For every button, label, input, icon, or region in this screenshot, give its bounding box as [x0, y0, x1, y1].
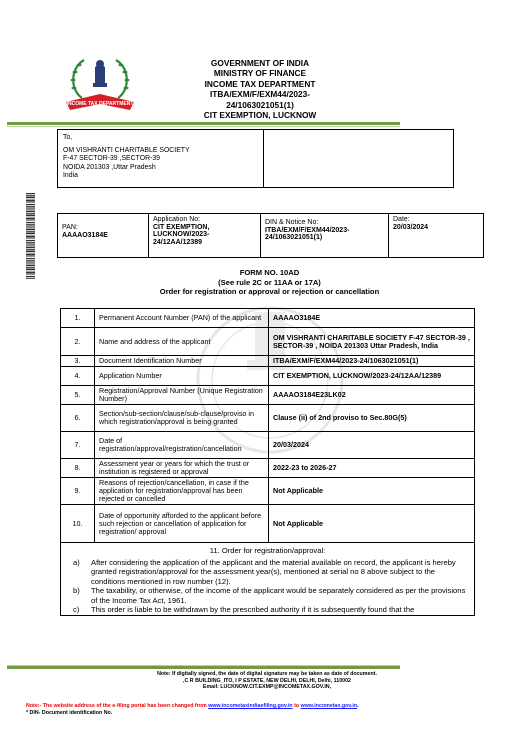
addressee-address: To, OM VISHRANTI CHARITABLE SOCIETY F-47…	[58, 130, 264, 187]
table-row: 8.Assessment year or years for which the…	[61, 459, 475, 478]
date-cell: Date: 20/03/2024	[389, 214, 483, 257]
row-number: 9.	[61, 478, 95, 505]
header-line: 24/1063021051(1)	[150, 100, 370, 110]
registration-details-table: 1.Permanent Account Number (PAN) of the …	[60, 308, 475, 616]
address-line: India	[63, 172, 258, 180]
address-line: F-47 SECTOR-39 ,SECTOR-39	[63, 155, 258, 163]
row-value: Not Applicable	[269, 478, 475, 505]
header-divider	[7, 122, 400, 125]
order-item: b) The taxability, or otherwise, of the …	[65, 586, 470, 605]
row-description: Application Number	[95, 367, 269, 386]
order-items: a) After considering the application of …	[65, 558, 470, 614]
row-value: OM VISHRANTI CHARITABLE SOCIETY F-47 SEC…	[269, 328, 475, 356]
row-description: Assessment year or years for which the t…	[95, 459, 269, 478]
header-line: MINISTRY OF FINANCE	[150, 68, 370, 78]
order-item-text: This order is liable to be withdrawn by …	[91, 605, 414, 614]
table-row: 9.Reasons of rejection/cancellation, in …	[61, 478, 475, 505]
date-value: 20/03/2024	[393, 224, 479, 232]
barcode	[26, 193, 35, 279]
row-number: 7.	[61, 432, 95, 459]
order-section: 11. Order for registration/approval: a) …	[61, 543, 475, 616]
row-value: 20/03/2024	[269, 432, 475, 459]
header-line: INCOME TAX DEPARTMENT	[150, 79, 370, 89]
row-value: AAAAO3184E	[269, 309, 475, 328]
to-label: To,	[63, 134, 258, 142]
application-label: Application No:	[153, 216, 256, 224]
order-item-text: After considering the application of the…	[91, 558, 470, 586]
new-portal-link[interactable]: www.incometax.gov.in	[301, 703, 358, 709]
row-number: 5.	[61, 386, 95, 405]
table-row: 7.Date of registration/approval/registra…	[61, 432, 475, 459]
footer: Note: If digitally signed, the date of d…	[57, 671, 477, 691]
row-description: Registration/Approval Number (Unique Reg…	[95, 386, 269, 405]
row-number: 6.	[61, 405, 95, 432]
din-note: * DIN- Document identification No.	[26, 710, 506, 717]
pan-cell: PAN: AAAAO3184E	[58, 214, 149, 257]
din-cell: DIN & Notice No: ITBA/EXM/F/EXM44/2023-2…	[261, 214, 389, 257]
order-heading: 11. Order for registration/approval:	[65, 544, 470, 558]
application-value: CIT EXEMPTION, LUCKNOW/2023-24/12AA/1238…	[153, 224, 256, 247]
form-title-block: FORM NO. 10AD (See rule 2C or 11AA or 17…	[57, 268, 482, 297]
header-line: GOVERNMENT OF INDIA	[150, 58, 370, 68]
row-value: Not Applicable	[269, 505, 475, 543]
row-description: Reasons of rejection/cancellation, in ca…	[95, 478, 269, 505]
notice-info-box: PAN: AAAAO3184E Application No: CIT EXEM…	[57, 213, 484, 258]
form-description: Order for registration or approval or re…	[57, 287, 482, 297]
income-tax-department-logo: INCOME TAX DEPARTMENT	[60, 52, 140, 118]
footer-line: Email: LUCKNOW.CIT.EXMP@INCOMETAX.GOV.IN…	[57, 684, 477, 691]
row-description: Date of registration/approval/registrati…	[95, 432, 269, 459]
order-item-letter: b)	[73, 586, 91, 605]
portal-note: Note:- The website address of the e-fili…	[26, 703, 506, 716]
pan-value: AAAAO3184E	[62, 232, 144, 240]
address-line: OM VISHRANTI CHARITABLE SOCIETY	[63, 147, 258, 155]
address-line: NOIDA 201303 ,Uttar Pradesh	[63, 164, 258, 172]
row-description: Name and address of the applicant	[95, 328, 269, 356]
row-number: 10.	[61, 505, 95, 543]
header-line: CIT EXEMPTION, LUCKNOW	[150, 110, 370, 120]
form-subtitle: (See rule 2C or 11AA or 17A)	[57, 278, 482, 288]
order-item-letter: c)	[73, 605, 91, 614]
document-header: GOVERNMENT OF INDIA MINISTRY OF FINANCE …	[150, 58, 370, 120]
table-row: 5.Registration/Approval Number (Unique R…	[61, 386, 475, 405]
table-row: 4.Application NumberCIT EXEMPTION, LUCKN…	[61, 367, 475, 386]
din-value: ITBA/EXM/F/EXM44/2023-24/1063021051(1)	[265, 227, 384, 242]
logo-text: INCOME TAX DEPARTMENT	[67, 101, 134, 107]
row-value: Clause (ii) of 2nd proviso to Sec.80G(5)	[269, 405, 475, 432]
row-value: ITBA/EXM/F/EXM44/2023-24/1063021051(1)	[269, 356, 475, 367]
row-value: 2022-23 to 2026-27	[269, 459, 475, 478]
order-item: a) After considering the application of …	[65, 558, 470, 586]
portal-note-prefix: Note:- The website address of the e-fili…	[26, 703, 208, 709]
footer-line: ,C R BUILDING_ITO, I P ESTATE, NEW DELHI…	[57, 678, 477, 685]
footer-line: Note: If digitally signed, the date of d…	[57, 671, 477, 678]
row-description: Document Identification Number	[95, 356, 269, 367]
form-title: FORM NO. 10AD	[57, 268, 482, 278]
portal-note-suffix: .	[357, 703, 358, 709]
order-item-text: The taxability, or otherwise, of the inc…	[91, 586, 470, 605]
table-row: 2.Name and address of the applicantOM VI…	[61, 328, 475, 356]
row-number: 8.	[61, 459, 95, 478]
table-row: 1.Permanent Account Number (PAN) of the …	[61, 309, 475, 328]
din-label: DIN & Notice No:	[265, 219, 384, 227]
header-divider-light	[7, 126, 400, 127]
table-row: 3.Document Identification NumberITBA/EXM…	[61, 356, 475, 367]
addressee-box: To, OM VISHRANTI CHARITABLE SOCIETY F-47…	[57, 129, 454, 188]
header-line: ITBA/EXM/F/EXM44/2023-	[150, 89, 370, 99]
row-number: 3.	[61, 356, 95, 367]
footer-divider	[7, 666, 400, 669]
row-number: 1.	[61, 309, 95, 328]
row-number: 2.	[61, 328, 95, 356]
portal-note-mid: to	[293, 703, 301, 709]
row-description: Date of opportunity afforded to the appl…	[95, 505, 269, 543]
addressee-blank	[264, 130, 453, 187]
old-portal-link[interactable]: www.incometaxindiaefiling.gov.in	[208, 703, 292, 709]
row-description: Section/sub-section/clause/sub-clause/pr…	[95, 405, 269, 432]
order-row: 11. Order for registration/approval: a) …	[61, 543, 475, 616]
pan-label: PAN:	[62, 224, 144, 232]
table-row: 6.Section/sub-section/clause/sub-clause/…	[61, 405, 475, 432]
order-item: c) This order is liable to be withdrawn …	[65, 605, 470, 614]
date-label: Date:	[393, 216, 479, 224]
row-number: 4.	[61, 367, 95, 386]
order-item-letter: a)	[73, 558, 91, 586]
row-value: AAAAO3184E23LK02	[269, 386, 475, 405]
row-value: CIT EXEMPTION, LUCKNOW/2023-24/12AA/1238…	[269, 367, 475, 386]
table-row: 10.Date of opportunity afforded to the a…	[61, 505, 475, 543]
row-description: Permanent Account Number (PAN) of the ap…	[95, 309, 269, 328]
application-cell: Application No: CIT EXEMPTION, LUCKNOW/2…	[149, 214, 261, 257]
